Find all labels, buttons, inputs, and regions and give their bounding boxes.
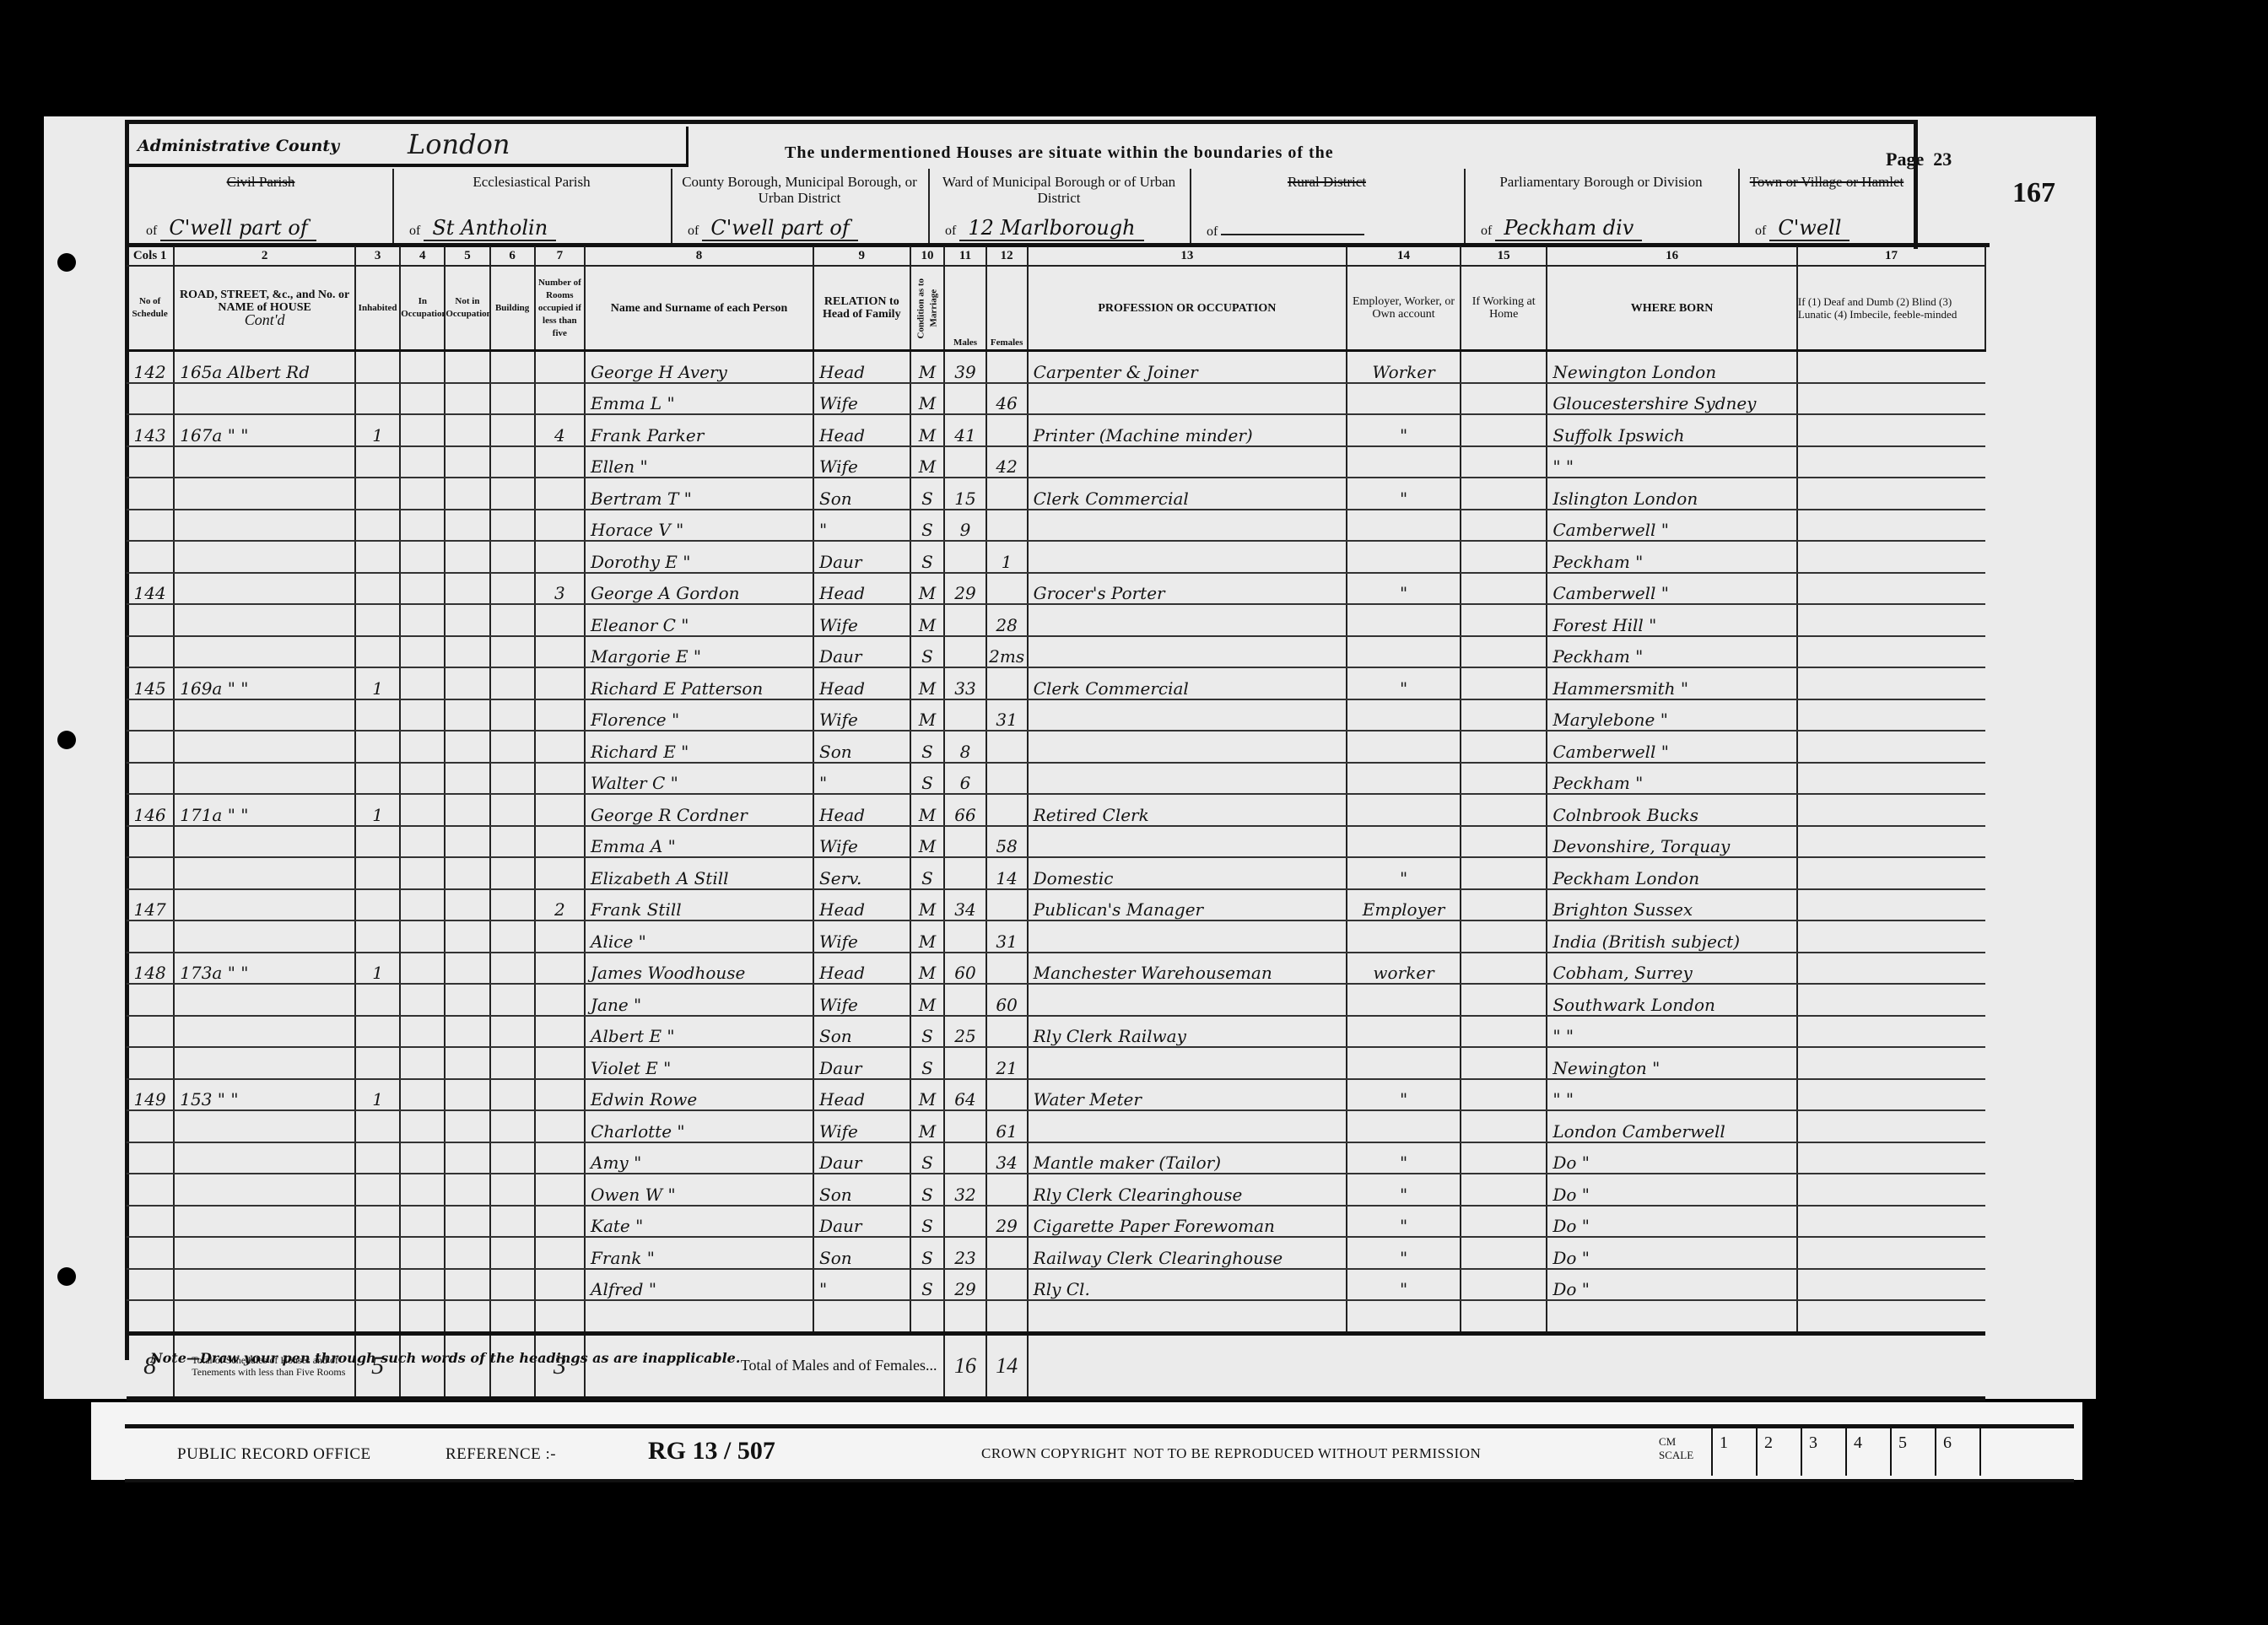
building [490,383,535,415]
inhabited [355,446,400,478]
marital-condition: S [910,510,945,542]
birthplace: Do " [1547,1269,1797,1301]
occupation [1028,1047,1347,1079]
not-in-occupation [445,351,489,383]
person-name: Emma L " [585,383,813,415]
employment-status: " [1347,1142,1461,1174]
column-heading-row: No of Schedule ROAD, STREET, &c., and No… [127,266,1985,351]
employment-status: " [1347,414,1461,446]
reproduction-notice: NOT TO BE REPRODUCED WITHOUT PERMISSION [1133,1445,1481,1462]
rooms [535,1174,585,1206]
marital-condition: S [910,541,945,573]
employment-status: " [1347,1237,1461,1269]
age-male [944,920,985,953]
person-name: Alice " [585,920,813,953]
rooms [535,541,585,573]
schedule-number: 143 [127,414,174,446]
table-row: Horace V ""S9Camberwell " [127,510,1985,542]
table-row: Richard E "SonS8Camberwell " [127,731,1985,763]
district-prefix: of [409,224,420,238]
col-num: 4 [400,246,445,266]
marital-condition: M [910,604,945,636]
marital-condition: S [910,636,945,668]
col-num: 2 [174,246,355,266]
not-in-occupation [445,857,489,889]
address [174,541,355,573]
age-male: 66 [944,794,985,826]
person-name: Jane " [585,984,813,1016]
page-number: Page 23 [1886,148,1952,170]
schedule-number: 142 [127,351,174,383]
col-address-note: Cont'd [245,311,285,328]
person-name: Albert E " [585,1016,813,1048]
table-row: 148173a " "1James WoodhouseHeadM60Manche… [127,953,1985,985]
marital-condition: S [910,731,945,763]
district-prefix: of [688,224,699,238]
marital-condition: S [910,1047,945,1079]
marital-condition: M [910,699,945,732]
relation: Daur [813,1206,910,1238]
age-male: 25 [944,1016,985,1048]
occupation [1028,510,1347,542]
col-where-born: WHERE BORN [1547,266,1797,351]
district-label: Ward of Municipal Borough or of Urban Di… [928,174,1190,206]
employment-status: Worker [1347,351,1461,383]
schedule-number [127,1237,174,1269]
marital-condition: S [910,1142,945,1174]
age-male [944,541,985,573]
working-at-home [1461,414,1547,446]
cm-scale-mark: 6 [1935,1428,1979,1476]
birthplace: Cobham, Surrey [1547,953,1797,985]
relation: Head [813,889,910,921]
employment-status: " [1347,857,1461,889]
infirmity [1797,953,1985,985]
employment-status [1347,763,1461,795]
in-occupation [400,857,445,889]
table-row: Jane "WifeM60Southwark London [127,984,1985,1016]
age-male: 23 [944,1237,985,1269]
age-male: 34 [944,889,985,921]
schedule-number: 149 [127,1079,174,1111]
working-at-home [1461,889,1547,921]
age-female [986,573,1028,605]
not-in-occupation [445,604,489,636]
occupation [1028,763,1347,795]
working-at-home [1461,984,1547,1016]
occupation [1028,1110,1347,1142]
table-row: 145169a " "1Richard E PattersonHeadM33Cl… [127,667,1985,699]
relation: Son [813,731,910,763]
working-at-home [1461,1047,1547,1079]
schedule-number [127,446,174,478]
col-rooms: Number of Rooms occupied if less than fi… [535,266,585,351]
table-row: Violet E "DaurS21Newington " [127,1047,1985,1079]
building [490,573,535,605]
district-label: Town or Village or Hamlet [1738,174,1915,190]
in-occupation [400,1269,445,1301]
age-female [986,763,1028,795]
infirmity [1797,1174,1985,1206]
district-field: Ward of Municipal Borough or of Urban Di… [928,169,1191,245]
table-row: Emma L "WifeM46Gloucestershire Sydney [127,383,1985,415]
occupation: Retired Clerk [1028,794,1347,826]
table-row [127,1300,1985,1333]
schedule-number [127,1300,174,1333]
not-in-occupation [445,1237,489,1269]
not-in-occupation [445,826,489,858]
col-not-in-occupation: Not in Occupation [445,266,489,351]
employment-status [1347,1016,1461,1048]
district-value: St Antholin [424,216,556,241]
address: 169a " " [174,667,355,699]
birthplace: Hammersmith " [1547,667,1797,699]
cm-label: CM [1659,1435,1676,1448]
age-female [986,478,1028,510]
relation: Daur [813,541,910,573]
col-occupation: PROFESSION OR OCCUPATION [1028,266,1347,351]
relation: Head [813,953,910,985]
marital-condition: M [910,446,945,478]
age-male: 60 [944,953,985,985]
building [490,1142,535,1174]
birthplace: Peckham " [1547,541,1797,573]
table-row: Eleanor C "WifeM28Forest Hill " [127,604,1985,636]
relation: Daur [813,636,910,668]
marital-condition: M [910,984,945,1016]
person-name: Frank Parker [585,414,813,446]
district-label: Ecclesiastical Parish [392,174,671,190]
col-age-males: Males [944,266,985,351]
age-male: 33 [944,667,985,699]
birthplace: Do " [1547,1206,1797,1238]
not-in-occupation [445,478,489,510]
birthplace: Marylebone " [1547,699,1797,732]
employment-status [1347,1047,1461,1079]
building [490,1237,535,1269]
total-males: 16 [944,1333,985,1398]
address: 167a " " [174,414,355,446]
district-prefix: of [1207,224,1218,239]
col-in-occupation: In Occupation [400,266,445,351]
infirmity [1797,604,1985,636]
employment-status: " [1347,1079,1461,1111]
occupation: Rly Clerk Railway [1028,1016,1347,1048]
district-value-line: of [1207,215,1364,240]
person-name: James Woodhouse [585,953,813,985]
col-working-home: If Working at Home [1461,266,1547,351]
employment-status [1347,604,1461,636]
relation: Wife [813,920,910,953]
scale-label: SCALE [1659,1449,1693,1461]
inhabited: 1 [355,1079,400,1111]
schedule-number: 148 [127,953,174,985]
occupation: Railway Clerk Clearinghouse [1028,1237,1347,1269]
relation: " [813,763,910,795]
cm-scale-mark [1979,1428,2024,1476]
relation: Wife [813,604,910,636]
occupation [1028,731,1347,763]
inhabited [355,699,400,732]
person-name: Walter C " [585,763,813,795]
inhabited [355,1300,400,1333]
not-in-occupation [445,1206,489,1238]
schedule-number [127,510,174,542]
inhabited [355,731,400,763]
infirmity [1797,383,1985,415]
employment-status: " [1347,573,1461,605]
rooms [535,1206,585,1238]
inhabited [355,383,400,415]
birthplace: Gloucestershire Sydney [1547,383,1797,415]
col-condition: Condition as to Marriage [910,266,945,351]
schedule-number [127,1016,174,1048]
admin-county-label: Administrative County [138,137,339,155]
in-occupation [400,1237,445,1269]
table-row: Walter C ""S6Peckham " [127,763,1985,795]
age-male [944,604,985,636]
occupation [1028,1300,1347,1333]
employment-status [1347,383,1461,415]
infirmity [1797,636,1985,668]
infirmity [1797,731,1985,763]
age-female: 31 [986,920,1028,953]
in-occupation [400,604,445,636]
district-label: Parliamentary Borough or Division [1464,174,1738,190]
building [490,636,535,668]
address: 173a " " [174,953,355,985]
occupation: Manchester Warehouseman [1028,953,1347,985]
building [490,1206,535,1238]
district-value [1221,215,1364,235]
marital-condition: M [910,826,945,858]
schedule-number [127,984,174,1016]
table-row: Bertram T "SonS15Clerk Commercial"Isling… [127,478,1985,510]
birthplace: Camberwell " [1547,510,1797,542]
rooms [535,794,585,826]
marital-condition: M [910,414,945,446]
working-at-home [1461,763,1547,795]
age-female [986,1174,1028,1206]
not-in-occupation [445,667,489,699]
employment-status [1347,794,1461,826]
employment-status: worker [1347,953,1461,985]
table-row: 143167a " "14Frank ParkerHeadM41Printer … [127,414,1985,446]
cm-scale-label: CMSCALE [1659,1435,1693,1462]
relation: Wife [813,1110,910,1142]
address [174,1016,355,1048]
table-row: Albert E "SonS25Rly Clerk Railway" " [127,1016,1985,1048]
building [490,953,535,985]
not-in-occupation [445,953,489,985]
in-occupation [400,699,445,732]
building [490,857,535,889]
table-row: 1443George A GordonHeadM29Grocer's Porte… [127,573,1985,605]
administrative-county-box: Administrative County London [129,127,688,167]
col-address: ROAD, STREET, &c., and No. or NAME of HO… [174,266,355,351]
rooms [535,984,585,1016]
punch-hole [57,1267,76,1286]
age-male: 6 [944,763,985,795]
col-num: 16 [1547,246,1797,266]
folio-number: 167 [2012,177,2055,209]
table-row: Amy "DaurS34Mantle maker (Tailor)"Do " [127,1142,1985,1174]
building [490,699,535,732]
age-female: 31 [986,699,1028,732]
employment-status [1347,699,1461,732]
in-occupation [400,1142,445,1174]
col-num: 12 [986,246,1028,266]
birthplace: Suffolk Ipswich [1547,414,1797,446]
page-label: Page [1886,148,1924,170]
col-address-label: ROAD, STREET, &c., and No. or NAME of HO… [180,289,349,314]
in-occupation [400,1016,445,1048]
district-field: Parliamentary Borough or Divisionof Peck… [1464,169,1740,245]
marital-condition: M [910,794,945,826]
age-male: 39 [944,351,985,383]
person-name: Alfred " [585,1269,813,1301]
col-num: 13 [1028,246,1347,266]
person-name: Florence " [585,699,813,732]
marital-condition: S [910,1269,945,1301]
birthplace: Peckham London [1547,857,1797,889]
age-female: 14 [986,857,1028,889]
col-num: 5 [445,246,489,266]
person-name: Charlotte " [585,1110,813,1142]
inhabited [355,1174,400,1206]
not-in-occupation [445,1142,489,1174]
col-num: 9 [813,246,910,266]
building [490,794,535,826]
relation: Wife [813,826,910,858]
table-row: 149153 " "1Edwin RoweHeadM64Water Meter"… [127,1079,1985,1111]
inhabited [355,1047,400,1079]
building [490,510,535,542]
not-in-occupation [445,636,489,668]
person-name: Elizabeth A Still [585,857,813,889]
age-female: 29 [986,1206,1028,1238]
working-at-home [1461,1206,1547,1238]
person-name: Eleanor C " [585,604,813,636]
not-in-occupation [445,889,489,921]
schedule-number: 144 [127,573,174,605]
marital-condition: M [910,953,945,985]
infirmity [1797,1047,1985,1079]
employment-status [1347,1110,1461,1142]
birthplace: Newington London [1547,351,1797,383]
person-name: Owen W " [585,1174,813,1206]
working-at-home [1461,1142,1547,1174]
address [174,446,355,478]
column-number-row: Cols 1 2 3 4 5 6 7 8 9 10 11 12 13 14 15… [127,246,1985,266]
relation: Son [813,1174,910,1206]
working-at-home [1461,604,1547,636]
employment-status [1347,826,1461,858]
admin-county-value: London [408,128,510,160]
age-female: 21 [986,1047,1028,1079]
inhabited [355,604,400,636]
rooms [535,667,585,699]
district-value: C'well part of [160,216,316,241]
record-office: PUBLIC RECORD OFFICE [177,1445,371,1464]
table-row: Owen W "SonS32Rly Clerk Clearinghouse"Do… [127,1174,1985,1206]
address [174,1237,355,1269]
table-row: Dorothy E "DaurS1Peckham " [127,541,1985,573]
infirmity [1797,351,1985,383]
infirmity [1797,446,1985,478]
employment-status [1347,510,1461,542]
inhabited: 1 [355,414,400,446]
occupation [1028,446,1347,478]
birthplace: " " [1547,1016,1797,1048]
birthplace: Camberwell " [1547,573,1797,605]
address [174,1142,355,1174]
age-male: 9 [944,510,985,542]
total-empty [1028,1333,1985,1398]
person-name: Emma A " [585,826,813,858]
person-name: George A Gordon [585,573,813,605]
inhabited [355,763,400,795]
person-name [585,1300,813,1333]
rooms [535,1110,585,1142]
in-occupation [400,731,445,763]
person-name: George R Cordner [585,794,813,826]
rooms [535,731,585,763]
age-female: 42 [986,446,1028,478]
occupation [1028,636,1347,668]
rooms [535,1016,585,1048]
rooms [535,920,585,953]
address [174,1269,355,1301]
district-field: Town or Village or Hamletof C'well [1738,169,1915,245]
not-in-occupation [445,1016,489,1048]
in-occupation [400,383,445,415]
table-row: Florence "WifeM31Marylebone " [127,699,1985,732]
birthplace: Peckham " [1547,636,1797,668]
col-name: Name and Surname of each Person [585,266,813,351]
col-relation: RELATION to Head of Family [813,266,910,351]
marital-condition: M [910,889,945,921]
birthplace: Do " [1547,1142,1797,1174]
address [174,826,355,858]
col-schedule: No of Schedule [127,266,174,351]
marital-condition: S [910,1237,945,1269]
infirmity [1797,510,1985,542]
address [174,383,355,415]
building [490,826,535,858]
col-num: 17 [1797,246,1985,266]
age-male [944,1206,985,1238]
age-female [986,1269,1028,1301]
rooms [535,699,585,732]
col-num: 7 [535,246,585,266]
not-in-occupation [445,1300,489,1333]
district-value: Peckham div [1495,216,1642,241]
age-male: 32 [944,1174,985,1206]
col-num: 14 [1347,246,1461,266]
inhabited [355,1142,400,1174]
in-occupation [400,1174,445,1206]
building [490,414,535,446]
inhabited [355,889,400,921]
marital-condition: S [910,857,945,889]
table-row: Alfred ""S29Rly Cl."Do " [127,1269,1985,1301]
in-occupation [400,1079,445,1111]
birthplace: Forest Hill " [1547,604,1797,636]
schedule-number [127,478,174,510]
district-field: Ecclesiastical Parishof St Antholin [392,169,672,245]
address [174,510,355,542]
